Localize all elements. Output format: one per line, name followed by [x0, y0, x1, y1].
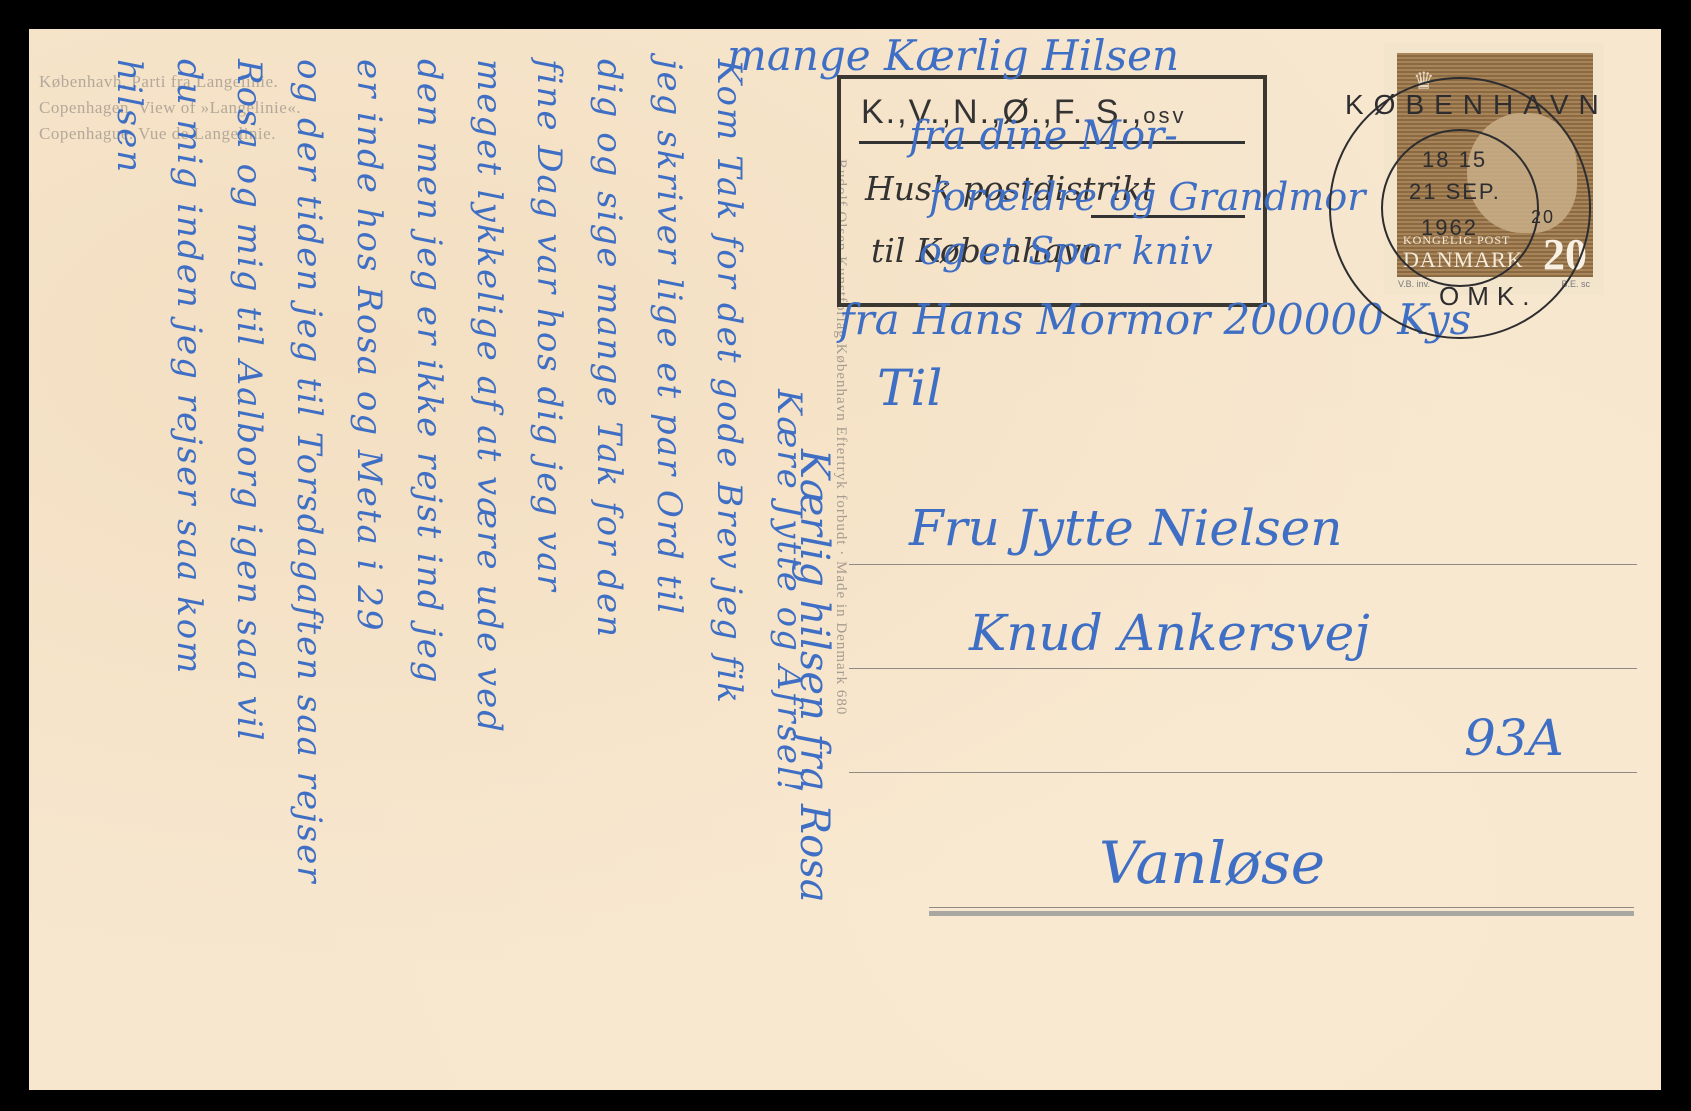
- address-street: Knud Ankersvej: [969, 604, 1370, 662]
- message-line: meget lykkelige af at være ude ved: [469, 59, 509, 734]
- postmark-city: KØBENHAVN: [1345, 89, 1609, 121]
- postmark-bottom: OMK.: [1439, 281, 1537, 312]
- message-line: hilsen: [109, 59, 149, 174]
- postcard: Københavh. Parti fra Langelinie. Copenha…: [29, 29, 1661, 1090]
- message-line: jeg skriver lige et par Ord til: [649, 59, 689, 616]
- handwritten-message: Kære Jytte og Afrsel! Kom Tak for det go…: [69, 49, 829, 1089]
- message-line: er inde hos Rosa og Meta i 29: [349, 59, 389, 633]
- message-line: Kom Tak for det gode Brev jeg fik: [709, 59, 749, 705]
- message-line: du mig inden jeg rejser saa kom: [169, 59, 209, 675]
- address-prefix: Til: [877, 359, 942, 417]
- address-rule-thick: [929, 911, 1634, 916]
- note-line: mange Kærlig Hilsen: [727, 31, 1179, 80]
- address-number: 93A: [1464, 709, 1564, 767]
- note-line: fra dine Mor-: [909, 113, 1178, 159]
- note-line: forældre og Grandmor: [929, 175, 1365, 219]
- postmark-date: 21 SEP.: [1409, 179, 1501, 205]
- message-line: dig og sige mange Tak for den: [589, 59, 629, 639]
- rotated-signature: Kærlig hilsen fra Rosa: [791, 449, 837, 903]
- postmark-code: 20: [1531, 207, 1555, 228]
- address-rule: [849, 564, 1637, 565]
- address-rule: [929, 907, 1634, 908]
- note-line: og et Spor kniv: [919, 229, 1213, 273]
- address-name: Fru Jytte Nielsen: [909, 499, 1342, 557]
- message-line: fine Dag var hos dig jeg var: [529, 59, 569, 593]
- address-rule: [849, 668, 1637, 669]
- message-line: den men jeg er ikke rejst ind jeg: [409, 59, 449, 685]
- address-rule: [849, 772, 1637, 773]
- postmark-year: 1962: [1421, 215, 1478, 241]
- message-line: Rosa og mig til Aalborg igen saa vil: [229, 59, 269, 743]
- address-city: Vanløse: [1099, 829, 1325, 897]
- postmark-time: 18 15: [1422, 147, 1487, 173]
- message-line: og der tiden jeg til Torsdagaften saa re…: [289, 59, 329, 884]
